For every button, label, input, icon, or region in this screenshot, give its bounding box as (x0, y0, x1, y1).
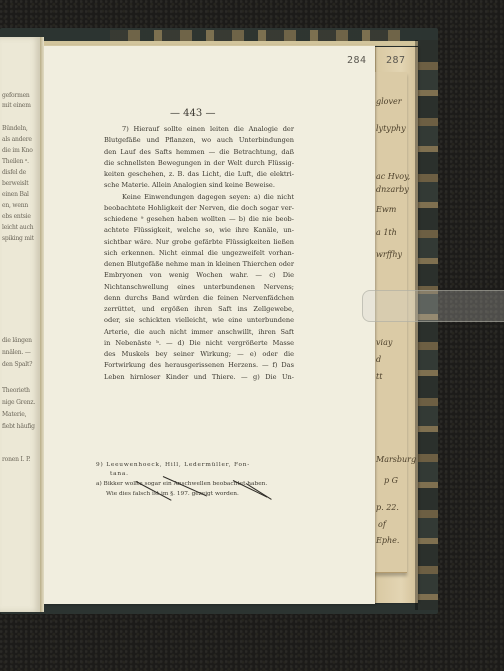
text-line: des Muskels bey seiner Wirkung; — e) ode… (104, 349, 294, 360)
text-line: oder, sie schickten vielleicht, wie eine… (104, 315, 294, 326)
left-page-fragment: disfel de (2, 169, 26, 176)
text-line: achtete Flüssigkeit, welche so, wie ihre… (104, 225, 294, 236)
text-line: denen Blutgefäße nehme man in kleinen Th… (104, 259, 294, 270)
text-line: den Lauf des Safts hemmen — die Betracht… (104, 147, 294, 158)
left-page-fragment: en, wenn (2, 202, 28, 209)
handwritten-note: of (378, 520, 386, 529)
left-page-fragment: als andere (2, 136, 32, 143)
left-page-fragment: den Spalt? (2, 361, 32, 368)
left-page-fragment: fiebt häufig (2, 423, 35, 430)
marbled-edge-right (418, 40, 438, 610)
handwritten-note: a 1th (376, 228, 397, 237)
left-page-fragment: die im Kno (2, 147, 33, 154)
left-page-fragment: Theorieth (2, 387, 30, 394)
left-page-fragment: ebs entsie (2, 213, 31, 220)
handwritten-note: d (376, 355, 381, 364)
left-page-fragment: nnälen. — (2, 349, 31, 356)
text-line: die schnellsten Bewegungen in der Welt d… (104, 158, 294, 169)
left-page-fragment: geformen (2, 92, 30, 99)
footnote: tana. (110, 470, 315, 480)
text-line: Blutgefäße und Pflanzen, wo auch Unterbi… (104, 135, 294, 146)
left-page-fragment: ronen I. P. (2, 456, 30, 463)
body-text: 7) Hierauf sollte einen leiten die Analo… (104, 124, 294, 383)
handwritten-note: Ephe. (376, 536, 399, 545)
text-line: sich erkennen. Nicht einmal die ungezwei… (104, 248, 294, 259)
left-page-fragment: nige Grenz. (2, 399, 35, 406)
text-line: 7) Hierauf sollte einen leiten die Analo… (104, 124, 294, 135)
text-line: keiten geschehen, z. B. das Licht, die L… (104, 169, 294, 180)
left-page-fragment: Theilen ᵃ. (2, 158, 29, 165)
text-line: Arterie, die auch nicht immer anschwillt… (104, 327, 294, 338)
left-page-fragment: Materie, (2, 411, 26, 418)
folio-stamp: 284 (347, 55, 367, 66)
handwritten-note: tt (376, 372, 382, 381)
handwritten-note: dnzarby (376, 185, 409, 194)
text-line: beobachtete Hohligkeit der Nerven, die d… (104, 203, 294, 214)
text-line: Keine Einwendungen dagegen seyen: a) die… (104, 192, 294, 203)
text-line: Nichtanschwellung eines unterbundenen Ne… (104, 282, 294, 293)
left-page-fragment: die längen (2, 337, 32, 344)
left-page: geformen mit einem Bündeln, als andere d… (0, 37, 41, 612)
text-line: denn durchs Band würden die feinen Nerve… (104, 293, 294, 304)
text-line: sche Materie. Allein Analogien sind kein… (104, 180, 294, 191)
handwritten-note: p G (384, 476, 398, 485)
text-line: Fortwirkung des herausgerissenen Herzens… (104, 360, 294, 371)
folio-stamp-slip: 287 (386, 55, 406, 66)
left-page-fragment: leicht auch (2, 224, 33, 231)
board-edge-shadow (415, 40, 418, 610)
text-line: sichtbar wäre. Nur grobe gefärbte Flüssi… (104, 237, 294, 248)
left-page-fragment: Bündeln, (2, 125, 28, 132)
handwritten-note: Marsburg (376, 455, 416, 464)
text-line: Embryonen von wenig Wochen wahr. — c) Di… (104, 270, 294, 281)
handwritten-note: wrffhy (376, 250, 402, 259)
inserted-note-slip-inner (375, 72, 407, 573)
handwritten-note: glover (376, 97, 402, 106)
clear-tape-strip (362, 290, 504, 322)
handwritten-note: lytyphy (376, 124, 406, 133)
text-line: zerrüttet, und ergößen ihren Saft ins Ze… (104, 304, 294, 315)
text-line: Leben hirnloser Kinder und Thiere. — g) … (104, 372, 294, 383)
page-number: — 443 — (170, 108, 215, 119)
text-line: in Nebenäste ᵇ. — d) Die nicht vergrößer… (104, 338, 294, 349)
left-page-fragment: berweislt (2, 180, 28, 187)
handwritten-note: ac Hvoy, (376, 172, 410, 181)
left-page-fragment: mit einem (2, 102, 31, 109)
footnote: a) Bikker wollte sogar ein Anschwellen b… (96, 480, 301, 490)
handwritten-note: p. 22. (376, 503, 399, 512)
handwritten-note: Ewm (376, 205, 396, 214)
footnote: Wie dies falsch ist im §. 197. gezeigt w… (106, 490, 311, 500)
left-page-fragment: spiking mit (2, 235, 34, 242)
handwritten-note: viay (376, 338, 392, 347)
left-page-fragment: einen Bal (2, 191, 29, 198)
text-line: schiedene ⁹ gesehen haben wollten — b) d… (104, 214, 294, 225)
